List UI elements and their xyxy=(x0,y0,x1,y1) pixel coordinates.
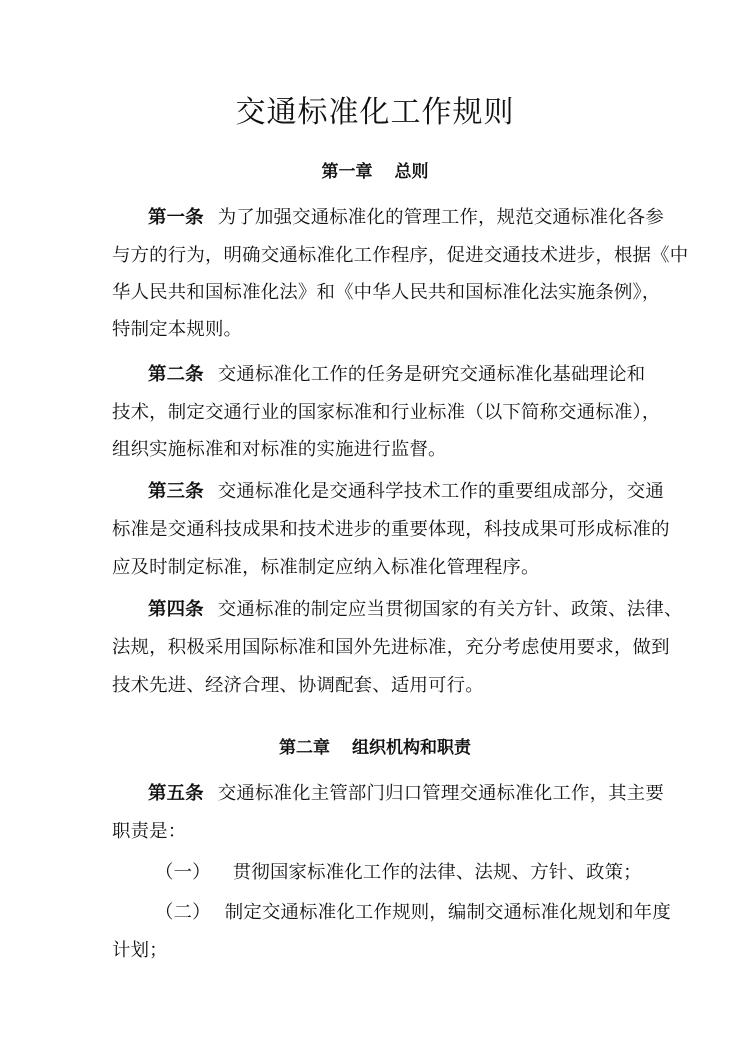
article-5-line-2: 职责是： xyxy=(112,819,642,845)
chapter-number: 第一章 xyxy=(322,162,373,182)
item-text: 制定交通标准化工作规则，编制交通标准化规划和年度 xyxy=(225,902,671,923)
article-2-line-1: 第二条交通标准化工作的任务是研究交通标准化基础理论和 xyxy=(148,362,678,388)
chapter-name: 总则 xyxy=(395,162,429,182)
article-5-line-1: 第五条交通标准化主管部门归口管理交通标准化工作，其主要 xyxy=(148,781,678,807)
article-text: 交通标准化工作的任务是研究交通标准化基础理论和 xyxy=(218,364,646,385)
article-1-line-2: 与方的行为，明确交通标准化工作程序，促进交通技术进步，根据《中 xyxy=(112,243,642,269)
article-text: 交通标准化是交通科学技术工作的重要组成部分，交通 xyxy=(218,481,664,502)
article-4-line-2: 法规，积极采用国际标准和国外先进标准，充分考虑使用要求，做到 xyxy=(112,635,642,661)
article-text: 交通标准的制定应当贯彻国家的有关方针、政策、法律、 xyxy=(218,599,683,620)
item-number: （二） xyxy=(155,900,211,926)
article-label: 第三条 xyxy=(148,481,204,502)
chapter-number: 第二章 xyxy=(279,738,330,758)
article-3-line-1: 第三条交通标准化是交通科学技术工作的重要组成部分，交通 xyxy=(148,479,678,505)
document-title: 交通标准化工作规则 xyxy=(0,93,750,133)
article-4-line-3: 技术先进、经济合理、协调配套、适用可行。 xyxy=(112,673,642,699)
article-4-line-1: 第四条交通标准的制定应当贯彻国家的有关方针、政策、法律、 xyxy=(148,597,678,623)
article-3-line-3: 应及时制定标准，标准制定应纳入标准化管理程序。 xyxy=(112,555,642,581)
chapter-heading-2: 第二章组织机构和职责 xyxy=(0,736,750,760)
article-label: 第二条 xyxy=(148,364,204,385)
article-label: 第四条 xyxy=(148,599,204,620)
item-number: （一） xyxy=(155,860,211,886)
article-1-line-4: 特制定本规则。 xyxy=(112,317,642,343)
list-item-2-line-2: 计划； xyxy=(112,938,642,964)
article-3-line-2: 标准是交通科技成果和技术进步的重要体现，科技成果可形成标准的 xyxy=(112,517,642,543)
chapter-heading-1: 第一章总则 xyxy=(0,160,750,184)
list-item-2: （二）制定交通标准化工作规则，编制交通标准化规划和年度 xyxy=(155,900,685,926)
document-page: 交通标准化工作规则 第一章总则 第一条为了加强交通标准化的管理工作，规范交通标准… xyxy=(0,0,750,1060)
article-2-line-2: 技术，制定交通行业的国家标准和行业标准（以下简称交通标准）， xyxy=(112,400,642,426)
chapter-name: 组织机构和职责 xyxy=(352,738,471,758)
article-2-line-3: 组织实施标准和对标准的实施进行监督。 xyxy=(112,437,642,463)
article-label: 第一条 xyxy=(148,207,204,228)
article-text: 为了加强交通标准化的管理工作，规范交通标准化各参 xyxy=(218,207,664,228)
article-label: 第五条 xyxy=(148,783,204,804)
article-1-line-3: 华人民共和国标准化法》和《中华人民共和国标准化法实施条例》， xyxy=(112,280,642,306)
article-1-line-1: 第一条为了加强交通标准化的管理工作，规范交通标准化各参 xyxy=(148,205,678,231)
item-text: 贯彻国家标准化工作的法律、法规、方针、政策； xyxy=(233,862,642,883)
article-text: 交通标准化主管部门归口管理交通标准化工作，其主要 xyxy=(218,783,664,804)
list-item-1: （一）贯彻国家标准化工作的法律、法规、方针、政策； xyxy=(155,860,685,886)
